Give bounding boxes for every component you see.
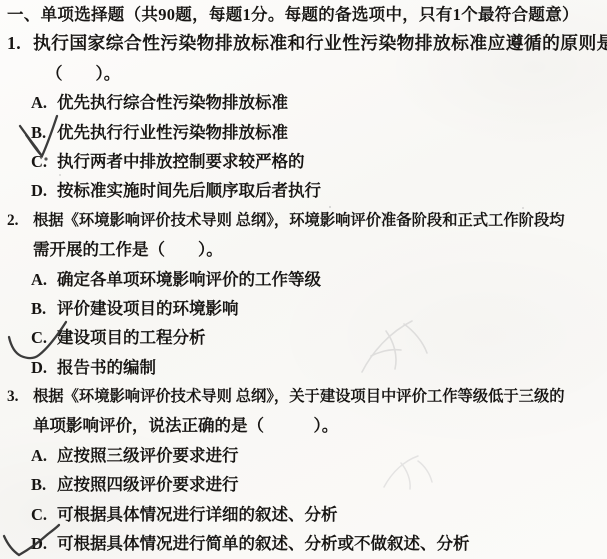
question-1-number: 1. bbox=[7, 29, 21, 58]
option-letter: C. bbox=[31, 500, 47, 529]
question-1-text: 执行国家综合性污染物排放标准和行业性污染物排放标准应遵循的原则是 bbox=[33, 33, 607, 53]
question-2-option-d: D. 报告书的编制 bbox=[0, 353, 607, 382]
question-2-option-a: A. 确定各单项环境影响评价的工作等级 bbox=[0, 265, 607, 294]
option-text: 评价建设项目的环境影响 bbox=[57, 299, 239, 318]
question-2-option-b: B. 评价建设项目的环境影响 bbox=[0, 294, 607, 323]
option-text: 应按照三级评价要求进行 bbox=[57, 446, 239, 465]
option-letter: D. bbox=[31, 176, 47, 205]
question-3-option-c: C. 可根据具体情况进行详细的叙述、分析 bbox=[0, 500, 607, 529]
question-3-option-b: B. 应按照四级评价要求进行 bbox=[0, 470, 607, 499]
option-text: 可根据具体情况进行详细的叙述、分析 bbox=[57, 505, 338, 524]
option-text: 可根据具体情况进行简单的叙述、分析或不做叙述、分析 bbox=[57, 534, 470, 553]
option-letter: B. bbox=[31, 294, 46, 323]
question-2-option-c: C. 建设项目的工程分析 bbox=[0, 323, 607, 352]
option-letter: C. bbox=[31, 147, 47, 176]
option-text: 按标准实施时间先后顺序取后者执行 bbox=[57, 181, 321, 200]
option-letter: C. bbox=[31, 323, 47, 352]
option-text: 优先执行行业性污染物排放标准 bbox=[57, 123, 288, 142]
question-1-option-d: D. 按标准实施时间先后顺序取后者执行 bbox=[0, 176, 607, 205]
question-1-line-1: 1. 执行国家综合性污染物排放标准和行业性污染物排放标准应遵循的原则是 bbox=[0, 29, 607, 58]
question-3-number: 3. bbox=[7, 382, 18, 411]
section-title: 一、单项选择题（共90题，每题1分。每题的备选项中，只有1个最符合题意） bbox=[0, 0, 607, 29]
option-letter: A. bbox=[31, 88, 47, 117]
question-1-option-b: B. 优先执行行业性污染物排放标准 bbox=[0, 118, 607, 147]
option-text: 报告书的编制 bbox=[57, 358, 156, 377]
option-letter: B. bbox=[31, 470, 46, 499]
question-2-number: 2. bbox=[7, 206, 18, 235]
question-3-line-2: 单项影响评价，说法正确的是（ ）。 bbox=[0, 411, 607, 440]
option-text: 应按照四级评价要求进行 bbox=[57, 475, 239, 494]
question-2-line-1: 2. 根据《环境影响评价技术导则 总纲》，环境影响评价准备阶段和正式工作阶段均 bbox=[0, 206, 607, 235]
question-3-text: 根据《环境影响评价技术导则 总纲》，关于建设项目中评价工作等级低于三级的 bbox=[33, 388, 565, 405]
option-text: 建设项目的工程分析 bbox=[57, 328, 206, 347]
option-letter: D. bbox=[31, 353, 47, 382]
question-3-line-1: 3. 根据《环境影响评价技术导则 总纲》，关于建设项目中评价工作等级低于三级的 bbox=[0, 382, 607, 411]
option-text: 优先执行综合性污染物排放标准 bbox=[57, 93, 288, 112]
option-letter: A. bbox=[31, 265, 47, 294]
question-3-option-a: A. 应按照三级评价要求进行 bbox=[0, 441, 607, 470]
question-3-option-d: D. 可根据具体情况进行简单的叙述、分析或不做叙述、分析 bbox=[0, 529, 607, 558]
option-text: 执行两者中排放控制要求较严格的 bbox=[57, 152, 305, 171]
question-1-option-c: C. 执行两者中排放控制要求较严格的 bbox=[0, 147, 607, 176]
option-letter: D. bbox=[31, 529, 47, 558]
scanned-exam-page: 一、单项选择题（共90题，每题1分。每题的备选项中，只有1个最符合题意） 1. … bbox=[0, 0, 607, 559]
question-1-answer-blank: （ ）。 bbox=[0, 59, 607, 88]
option-letter: B. bbox=[31, 118, 46, 147]
question-2-text: 根据《环境影响评价技术导则 总纲》，环境影响评价准备阶段和正式工作阶段均 bbox=[33, 212, 565, 229]
option-text: 确定各单项环境影响评价的工作等级 bbox=[57, 270, 321, 289]
question-2-line-2: 需开展的工作是（ ）。 bbox=[0, 235, 607, 264]
question-1-option-a: A. 优先执行综合性污染物排放标准 bbox=[0, 88, 607, 117]
option-letter: A. bbox=[31, 441, 47, 470]
